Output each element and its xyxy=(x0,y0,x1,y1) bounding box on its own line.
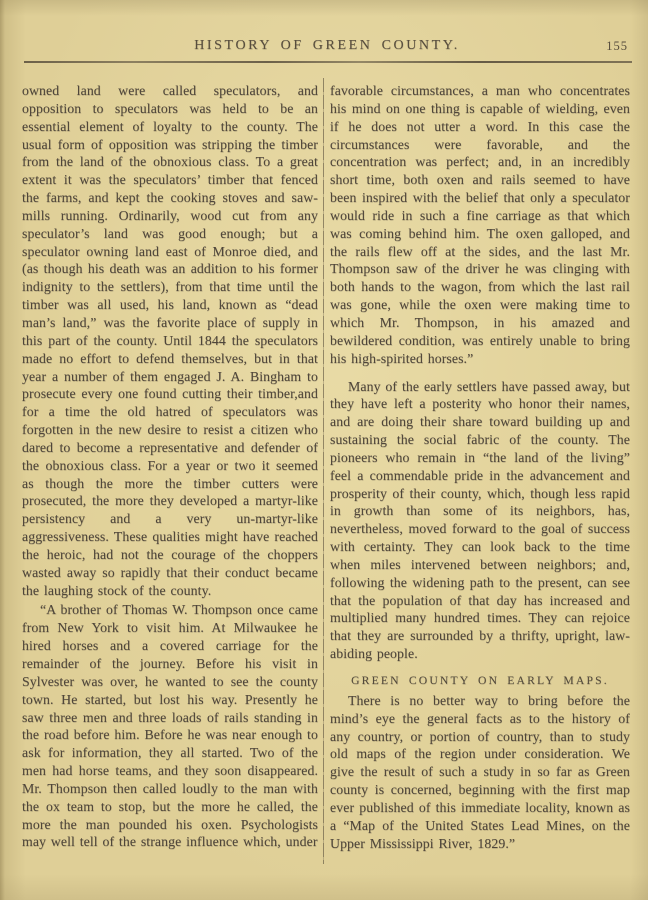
left-column: owned land were called speculators, and … xyxy=(22,82,318,888)
section-heading: GREEN COUNTY ON EARLY MAPS. xyxy=(330,672,630,690)
paragraph-right-3: There is no better way to bring before t… xyxy=(330,692,630,853)
book-page: HISTORY OF GREEN COUNTY. 155 owned land … xyxy=(0,0,648,900)
right-column: favorable circumstances, a man who conce… xyxy=(330,82,630,888)
paragraph-left-2: “A brother of Thomas W. Thompson once ca… xyxy=(22,601,318,851)
running-title: HISTORY OF GREEN COUNTY. xyxy=(24,38,630,54)
paragraph-right-2: Many of the early settlers have passed a… xyxy=(330,378,630,664)
header-rule xyxy=(24,61,632,63)
paragraph-left-1: owned land were called speculators, and … xyxy=(22,82,318,599)
page-number: 155 xyxy=(606,39,628,54)
page-header: HISTORY OF GREEN COUNTY. 155 xyxy=(24,38,630,58)
column-divider-rule xyxy=(318,82,330,888)
paragraph-right-1: favorable circumstances, a man who conce… xyxy=(330,82,630,368)
text-columns: owned land were called speculators, and … xyxy=(22,82,630,888)
